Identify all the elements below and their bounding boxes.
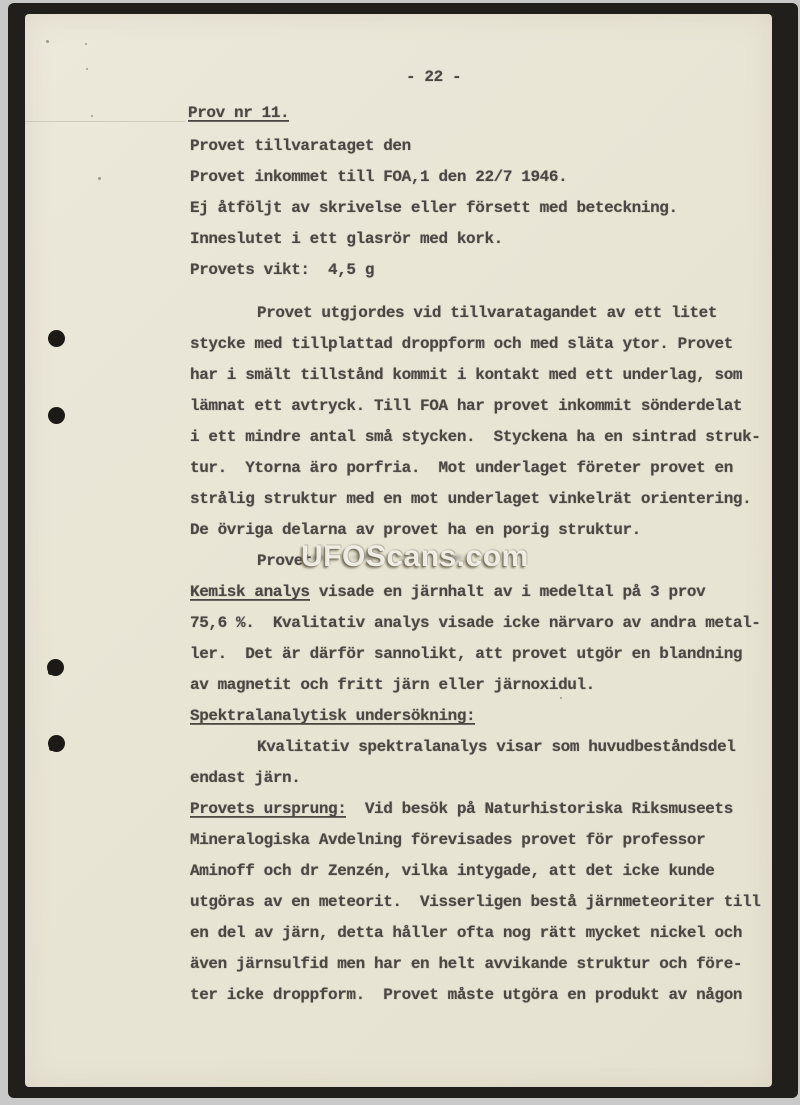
typed-text-segment: ler. Det är därför sannolikt, att provet… [190, 645, 742, 663]
punch-hole [47, 659, 64, 676]
typed-line: ler. Det är därför sannolikt, att provet… [190, 639, 761, 670]
typed-line: lämnat ett avtryck. Till FOA har provet … [190, 391, 761, 422]
document-title: Prov nr 11. [188, 104, 289, 122]
typed-text-segment: Provet tillvarataget den [190, 137, 411, 155]
sample-header-block: Provet tillvarataget denProvet inkommet … [190, 131, 678, 286]
punch-hole [48, 735, 65, 752]
paper-speck [91, 115, 93, 117]
typed-text-segment: Provets vikt: 4,5 g [190, 261, 374, 279]
typed-line: av magnetit och fritt järn eller järnoxi… [190, 670, 761, 701]
typed-text-segment: en del av järn, detta håller ofta nog rä… [190, 924, 742, 942]
typed-line: en del av järn, detta håller ofta nog rä… [190, 918, 761, 949]
typed-text-segment: Vid besök på Naturhistoriska Riksmuseets [346, 800, 732, 818]
typed-text-segment: 75,6 %. Kvalitativ analys visade icke nä… [190, 614, 761, 632]
typed-line: Inneslutet i ett glasrör med kork. [190, 224, 678, 255]
typed-text-segment: även järnsulfid men har en helt avvikand… [190, 955, 742, 973]
typed-text-segment: Aminoff och dr Zenzén, vilka intygade, a… [190, 862, 715, 880]
typed-text-segment: endast järn. [190, 769, 300, 787]
typed-line: har i smält tillstånd kommit i kontakt m… [190, 360, 761, 391]
typed-text-segment: Provets ursprung: [190, 800, 346, 818]
typed-text-segment: har i smält tillstånd kommit i kontakt m… [190, 366, 742, 384]
typed-text-segment: utgöras av en meteorit. Visserligen best… [190, 893, 761, 911]
typed-text-segment: ter icke droppform. Provet måste utgöra … [190, 986, 742, 1004]
typed-text-segment: Ej åtföljt av skrivelse eller försett me… [190, 199, 678, 217]
typed-line: Mineralogiska Avdelning förevisades prov… [190, 825, 761, 856]
scanned-document: - 22 - Prov nr 11. Provet tillvarataget … [0, 0, 800, 1105]
punch-hole [48, 330, 65, 347]
typed-line: Kvalitativ spektralanalys visar som huvu… [190, 732, 761, 763]
typed-text-segment: Spektralanalytisk undersökning: [190, 707, 475, 725]
watermark: UFOScans.com [301, 540, 529, 574]
typed-line: Kemisk analys visade en järnhalt av i me… [190, 577, 761, 608]
paper-speck [98, 177, 101, 180]
sample-body-block: Provet utgjordes vid tillvaratagandet av… [190, 298, 761, 1011]
typed-line: i ett mindre antal små stycken. Styckena… [190, 422, 761, 453]
typed-text-segment: tur. Ytorna äro porfria. Mot underlaget … [190, 459, 733, 477]
typed-text-segment: Provet inkommet till FOA,1 den 22/7 1946… [190, 168, 567, 186]
typed-line: stycke med tillplattad droppform och med… [190, 329, 761, 360]
typed-text-segment: De övriga delarna av provet ha en porig … [190, 521, 641, 539]
typed-line: tur. Ytorna äro porfria. Mot underlaget … [190, 453, 761, 484]
typed-text-segment: av magnetit och fritt järn eller järnoxi… [190, 676, 595, 694]
typed-text-segment: Kemisk analys [190, 583, 310, 601]
typed-line: utgöras av en meteorit. Visserligen best… [190, 887, 761, 918]
paper-speck [85, 43, 87, 45]
paper-speck [46, 40, 49, 43]
typed-text-segment: Mineralogiska Avdelning förevisades prov… [190, 831, 705, 849]
typed-text-segment: stycke med tillplattad droppform och med… [190, 335, 733, 353]
typed-line: ter icke droppform. Provet måste utgöra … [190, 980, 761, 1011]
typed-line: Aminoff och dr Zenzén, vilka intygade, a… [190, 856, 761, 887]
typed-text-segment: Kvalitativ spektralanalys visar som huvu… [257, 738, 735, 756]
paper-crease [25, 121, 185, 122]
paper-speck [86, 68, 88, 70]
typed-line: endast järn. [190, 763, 761, 794]
typed-line: Provet tillvarataget den [190, 131, 678, 162]
typed-text-segment: visade en järnhalt av i medeltal på 3 pr… [310, 583, 706, 601]
typed-line: Provets ursprung: Vid besök på Naturhist… [190, 794, 761, 825]
typed-line: 75,6 %. Kvalitativ analys visade icke nä… [190, 608, 761, 639]
punch-hole [48, 407, 65, 424]
typed-text-segment: lämnat ett avtryck. Till FOA har provet … [190, 397, 742, 415]
typed-line: även järnsulfid men har en helt avvikand… [190, 949, 761, 980]
document-title-text: Prov nr 11. [188, 104, 289, 122]
typed-line: Ej åtföljt av skrivelse eller försett me… [190, 193, 678, 224]
typed-text-segment: i ett mindre antal små stycken. Styckena… [190, 428, 761, 446]
typed-line: Provet inkommet till FOA,1 den 22/7 1946… [190, 162, 678, 193]
typed-line: Provet utgjordes vid tillvaratagandet av… [190, 298, 761, 329]
typed-text-segment: Provet utgjordes vid tillvaratagandet av… [257, 304, 717, 322]
page-number: - 22 - [406, 68, 461, 86]
typed-line: strålig struktur med en mot underlaget v… [190, 484, 761, 515]
typed-line: Spektralanalytisk undersökning: [190, 701, 761, 732]
typed-text-segment: strålig struktur med en mot underlaget v… [190, 490, 751, 508]
typed-text-segment: Inneslutet i ett glasrör med kork. [190, 230, 503, 248]
typed-line: Provets vikt: 4,5 g [190, 255, 678, 286]
